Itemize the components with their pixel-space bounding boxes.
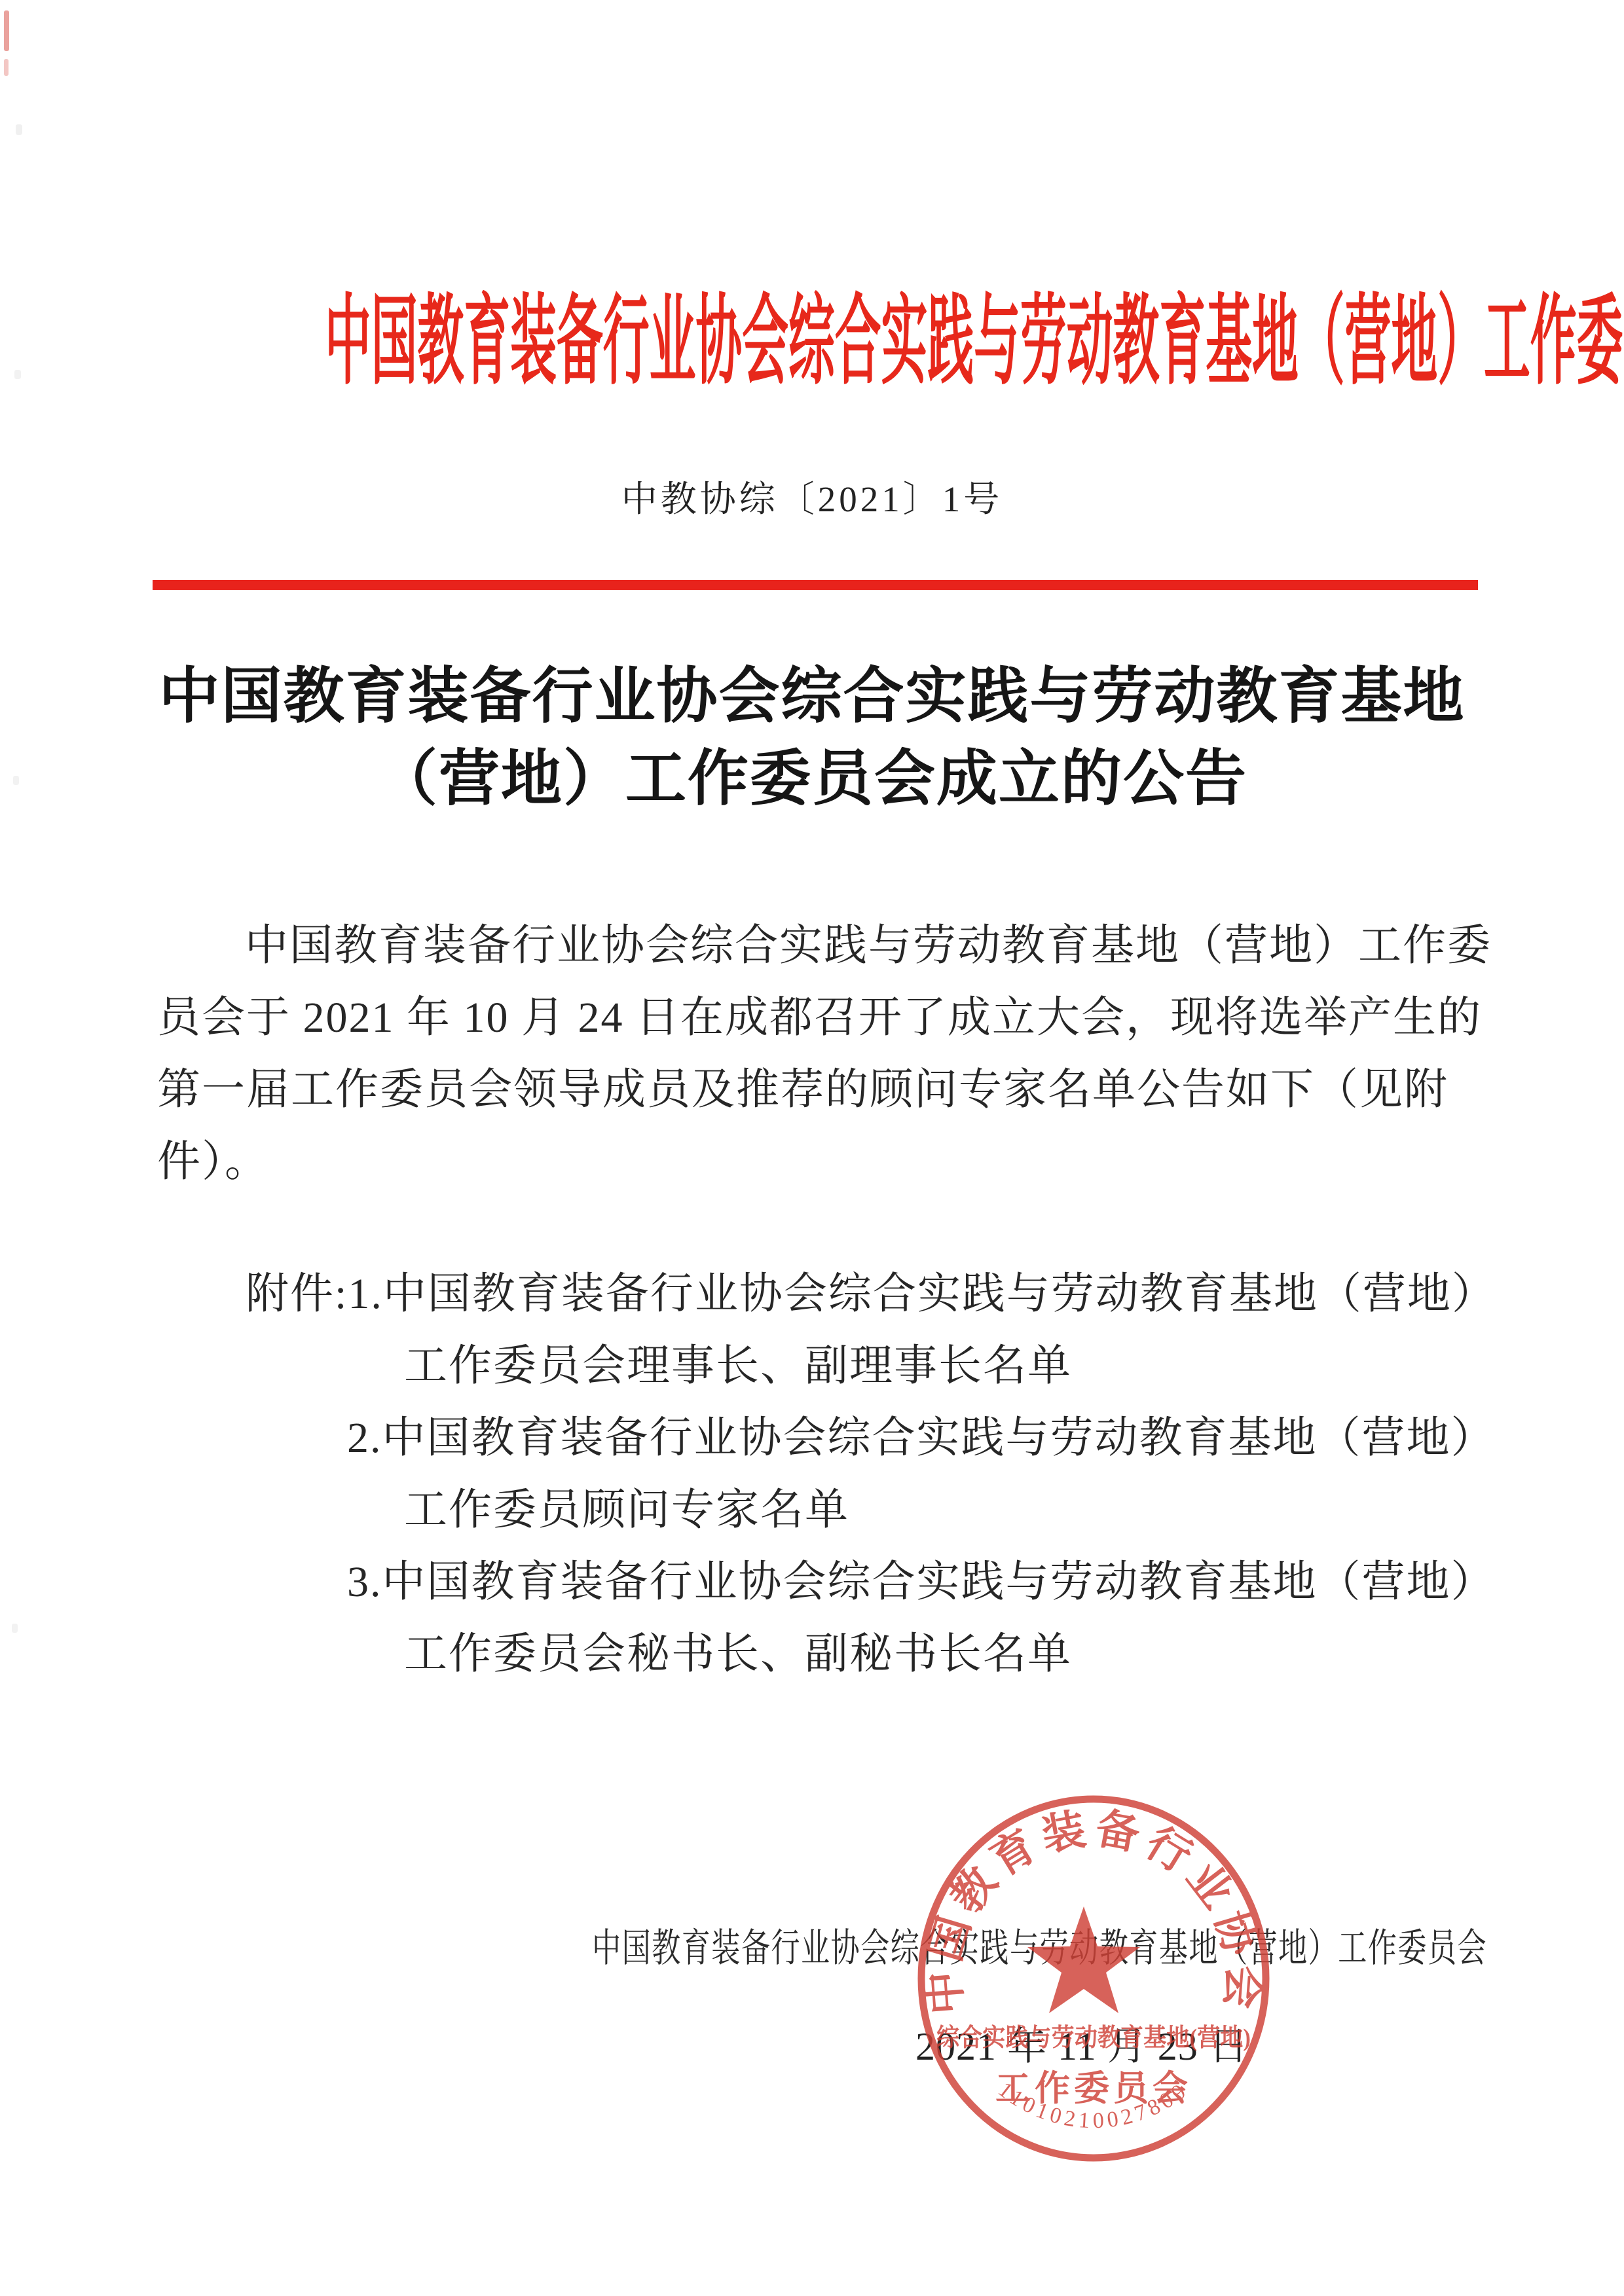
attachments-list: 附件:1.中国教育装备行业协会综合实践与劳动教育基地（营地） 工作委员会理事长、… — [0, 1258, 1624, 1690]
scan-artifact — [16, 124, 22, 135]
attachment-line: 附件:1.中国教育装备行业协会综合实践与劳动教育基地（营地） — [246, 1258, 1624, 1330]
official-seal: 中国教育装备行业协会 综合实践与劳动教育基地(营地) 工作委员会 1101021… — [877, 1762, 1310, 2195]
body-line: 件）。 — [157, 1126, 1473, 1198]
attachment-line: 2.中国教育装备行业协会综合实践与劳动教育基地（营地） — [347, 1402, 1624, 1474]
attachment-line: 3.中国教育装备行业协会综合实践与劳动教育基地（营地） — [347, 1546, 1624, 1618]
announcement-title-line1: 中国教育装备行业协会综合实践与劳动教育基地 — [0, 656, 1624, 738]
scan-artifact — [4, 59, 9, 76]
announcement-title: 中国教育装备行业协会综合实践与劳动教育基地 （营地）工作委员会成立的公告 — [0, 656, 1624, 821]
seal-inner-line1: 综合实践与劳动教育基地(营地) — [936, 2024, 1251, 2052]
attachment-line: 工作委员顾问专家名单 — [404, 1474, 1624, 1546]
body-paragraph: 中国教育装备行业协会综合实践与劳动教育基地（营地）工作委 员会于 2021 年 … — [157, 910, 1473, 1198]
red-divider — [153, 580, 1478, 590]
attachment-line: 工作委员会秘书长、副秘书长名单 — [404, 1618, 1624, 1690]
org-header-title: 中国教育装备行业协会综合实践与劳动教育基地（营地）工作委员会 — [325, 293, 1299, 392]
doc-number: 中教协综〔2021〕1号 — [0, 470, 1624, 522]
body-line: 员会于 2021 年 10 月 24 日在成都召开了成立大会，现将选举产生的 — [157, 982, 1473, 1054]
announcement-title-line2: （营地）工作委员会成立的公告 — [0, 738, 1624, 821]
document-page: 中国教育装备行业协会综合实践与劳动教育基地（营地）工作委员会 中教协综〔2021… — [0, 0, 1624, 2296]
scan-artifact — [4, 10, 9, 51]
seal-star — [1027, 1906, 1140, 2013]
attachment-line: 工作委员会理事长、副理事长名单 — [404, 1330, 1624, 1402]
body-line: 中国教育装备行业协会综合实践与劳动教育基地（营地）工作委 — [157, 910, 1473, 982]
scan-artifact — [14, 370, 21, 379]
body-line: 第一届工作委员会领导成员及推荐的顾问专家名单公告如下（见附 — [157, 1054, 1473, 1126]
